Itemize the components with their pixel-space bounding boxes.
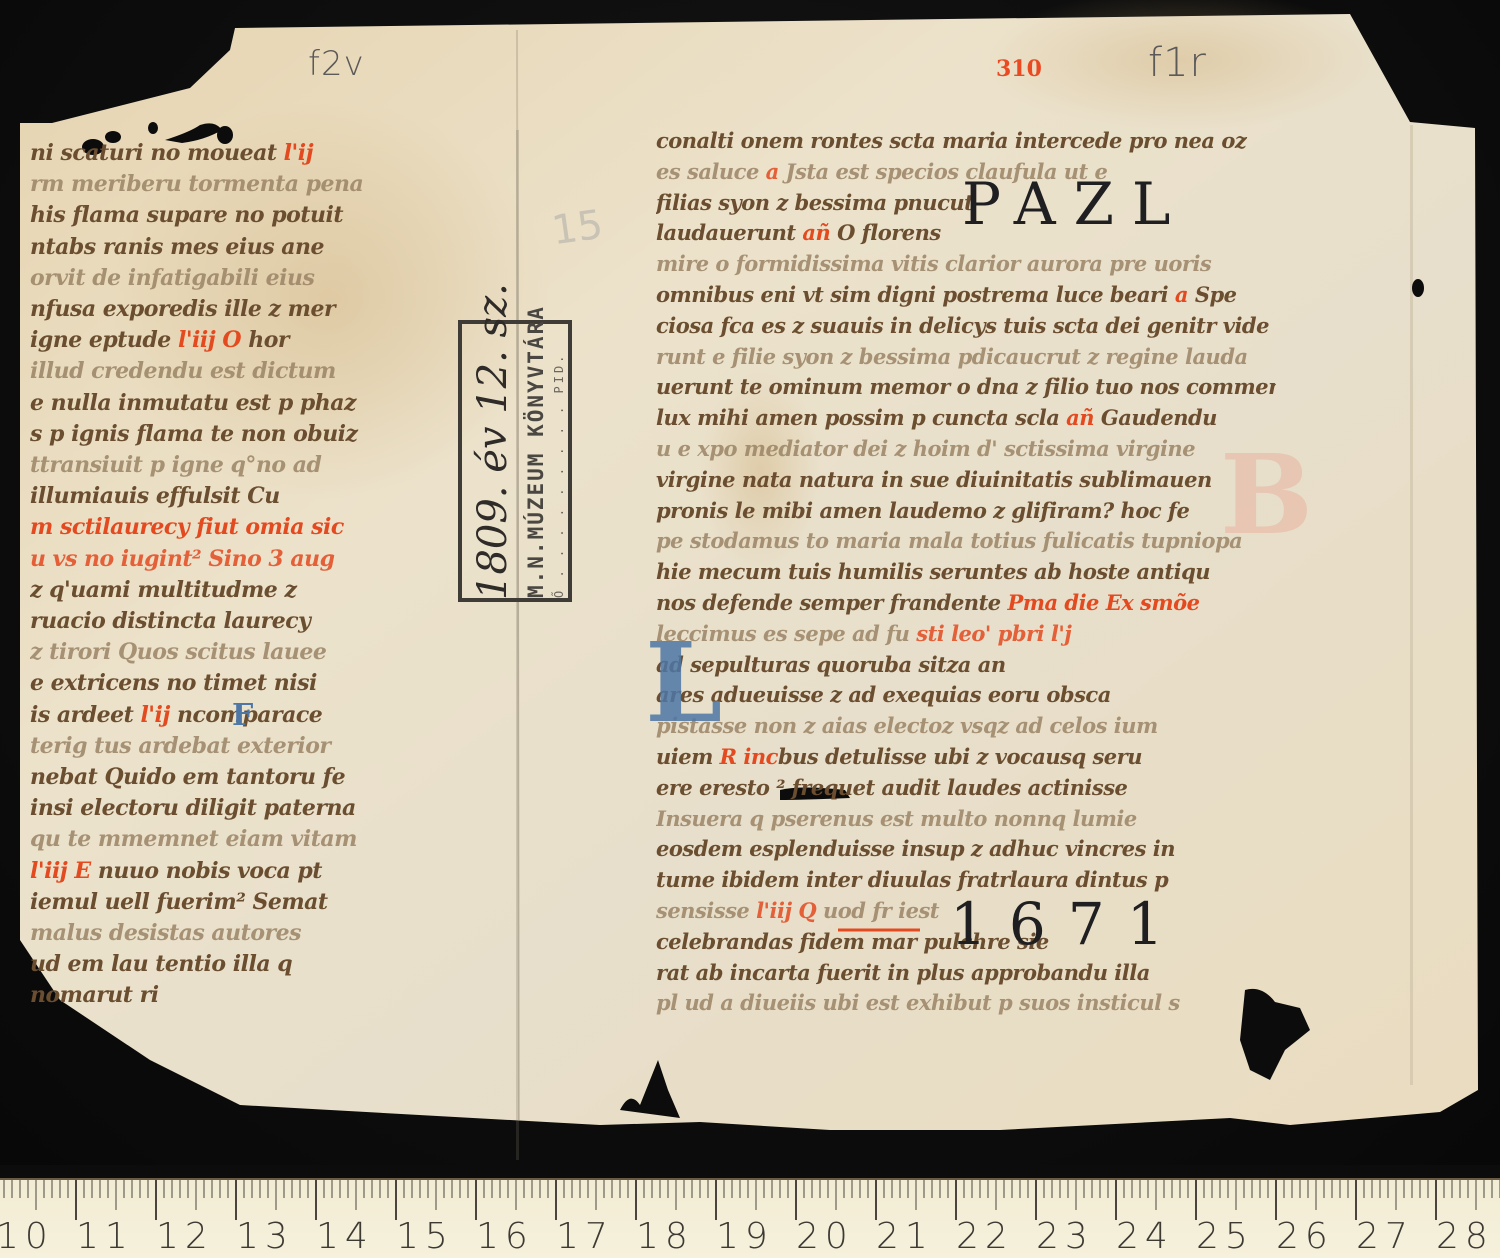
rubric-text: añ (802, 220, 830, 245)
line-text: malus desistas autores (30, 920, 301, 946)
manuscript-line: lux mihi amen possim p cuncta scla añ Ga… (656, 405, 1217, 430)
line-text: ares adueuisse z ad exequias eoru obsca (656, 682, 1111, 707)
manuscript-line: is ardeet l'ij ncomparace (30, 702, 322, 728)
line-text: nos defende semper frandente (656, 590, 1007, 615)
manuscript-line: ni scaturi no moueat l'ij (30, 140, 313, 166)
line-text: u e xpo mediator dei z hoim d' sctissima… (656, 436, 1195, 461)
line-text: ttransiuit p igne q°no ad (30, 452, 321, 478)
line-text: m sctilaurecy fiut omia sic (30, 514, 344, 540)
manuscript-line: illumiauis effulsit Cu (30, 483, 280, 509)
ruler-label: 27 (1356, 1216, 1414, 1257)
line-text: pe stodamus to maria mala totius fulicat… (656, 528, 1242, 553)
line-text: illumiauis effulsit Cu (30, 483, 280, 509)
line-text: ciosa fca es z suauis in delicys tuis sc… (656, 313, 1269, 338)
line-text: ni scaturi no moueat (30, 140, 284, 166)
manuscript-line: orvit de infatigabili eius (30, 265, 314, 291)
manuscript-line: illud credendu est dictum (30, 358, 336, 384)
ruler-label: 19 (716, 1216, 774, 1257)
ruler-label: 11 (76, 1216, 134, 1257)
line-text-tail: O florens (830, 220, 940, 245)
manuscript-line: filias syon z bessima pnucut (656, 190, 973, 215)
shelfmark-top: PAZL (962, 170, 1188, 238)
library-stamp: 1809. év 12. sz. M.N.MÚZEUM KÖNYVTÁRA Ő … (458, 320, 572, 602)
manuscript-line: ntabs ranis mes eius ane (30, 234, 324, 260)
faint-red-initial-margin: B (1220, 430, 1313, 559)
rubric-text: a (766, 159, 779, 184)
manuscript-line: igne eptude l'iij O hor (30, 327, 289, 353)
line-text: s p ignis flama te non obuiz (30, 421, 358, 447)
pencil-mark: 15 (549, 202, 606, 255)
manuscript-line: pl ud a diueiis ubi est exhibut p suos i… (656, 990, 1180, 1015)
stamp-printed-text: M.N.MÚZEUM KÖNYVTÁRA (524, 305, 548, 598)
line-text: nfusa exporedis ille z mer (30, 296, 335, 322)
line-text: tume ibidem inter diuulas fratrlaura din… (656, 867, 1168, 892)
ruler-label: 10 (0, 1216, 54, 1257)
manuscript-line: malus desistas autores (30, 920, 301, 946)
line-text: nomarut ri (30, 982, 159, 1008)
rubric-text: l'ij (140, 702, 169, 728)
line-text-tail: nuuo nobis voca pt (91, 858, 322, 884)
line-text: insi electoru diligit paterna (30, 795, 356, 821)
ruler-label: 26 (1276, 1216, 1334, 1257)
ruler-label: 12 (156, 1216, 214, 1257)
manuscript-line: ciosa fca es z suauis in delicys tuis sc… (656, 313, 1269, 338)
manuscript-line: pistasse non z aias electoz vsqz ad celo… (656, 713, 1158, 738)
line-text: is ardeet (30, 702, 140, 728)
blue-initial-right: L (645, 618, 722, 747)
ruler-label: 23 (1036, 1216, 1094, 1257)
manuscript-line: nebat Quido em tantoru fe (30, 764, 345, 790)
line-text: ud em lau tentio illa q (30, 951, 292, 977)
manuscript-line: ares adueuisse z ad exequias eoru obsca (656, 682, 1111, 707)
manuscript-line: z q'uami multitudme z (30, 577, 296, 603)
rubric-text: a (1175, 282, 1188, 307)
ruler-label: 24 (1116, 1216, 1174, 1257)
manuscript-line: his flama supare no potuit (30, 202, 343, 228)
manuscript-line: insi electoru diligit paterna (30, 795, 356, 821)
line-text-tail: Spe (1188, 282, 1237, 307)
manuscript-line: laudauerunt añ O florens (656, 220, 941, 245)
line-text: virgine nata natura in sue diuinitatis s… (656, 467, 1212, 492)
line-text: e extricens no timet nisi (30, 670, 317, 696)
line-text: pl ud a diueiis ubi est exhibut p suos i… (656, 990, 1180, 1015)
line-text: terig tus ardebat exterior (30, 733, 331, 759)
line-text: rm meriberu tormenta pena (30, 171, 363, 197)
line-text: laudauerunt (656, 220, 802, 245)
ruler-label: 14 (316, 1216, 374, 1257)
line-text: ere eresto ² frequet audit laudes actini… (656, 775, 1127, 800)
line-text: z tirori Quos scitus lauee (30, 639, 326, 665)
line-text: ntabs ranis mes eius ane (30, 234, 324, 260)
line-text: u vs no iugint² Sino 3 aug (30, 546, 335, 572)
ruler-label: 20 (796, 1216, 854, 1257)
rubric-text: R inc (720, 744, 778, 769)
manuscript-line: conalti onem rontes scta maria intercede… (656, 128, 1246, 153)
manuscript-line: ere eresto ² frequet audit laudes actini… (656, 775, 1127, 800)
line-text: lux mihi amen possim p cuncta scla (656, 405, 1066, 430)
line-text: ruacio distincta laurecy (30, 608, 310, 634)
ruler-label: 17 (556, 1216, 614, 1257)
manuscript-line: rat ab incarta fuerit in plus approbandu… (656, 960, 1150, 985)
line-text: runt e filie syon z bessima pdicaucrut z… (656, 344, 1248, 369)
manuscript-line: nfusa exporedis ille z mer (30, 296, 335, 322)
manuscript-line: pronis le mibi amen laudemo z glifiram? … (656, 498, 1189, 523)
ruler-label: 22 (956, 1216, 1014, 1257)
line-text: es saluce (656, 159, 766, 184)
manuscript-line: ud em lau tentio illa q (30, 951, 292, 977)
ruler-label: 16 (476, 1216, 534, 1257)
line-text: orvit de infatigabili eius (30, 265, 314, 291)
line-text: mire o formidissima vitis clarior aurora… (656, 251, 1211, 276)
line-text: nebat Quido em tantoru fe (30, 764, 345, 790)
manuscript-line: Insuera q pserenus est multo nonnq lumie (656, 806, 1137, 831)
manuscript-line: terig tus ardebat exterior (30, 733, 331, 759)
manuscript-line: s p ignis flama te non obuiz (30, 421, 358, 447)
line-text: pronis le mibi amen laudemo z glifiram? … (656, 498, 1189, 523)
ruler-label: 13 (236, 1216, 294, 1257)
folio-mark-right: f1r (1148, 40, 1207, 86)
manuscript-line: nos defende semper frandente Pma die Ex … (656, 590, 1199, 615)
manuscript-line: sensisse l'iij Q uod fr iest (656, 898, 939, 923)
stamp-subtext: Ő . . . . . . . . . PID. (552, 353, 566, 598)
line-text: e nulla inmutatu est p phaz (30, 390, 356, 416)
manuscript-line: rm meriberu tormenta pena (30, 171, 363, 197)
line-text: filias syon z bessima pnucut (656, 190, 973, 215)
rubric-text: l'iij Q (756, 898, 816, 923)
ruler-label: 21 (876, 1216, 934, 1257)
manuscript-line: tume ibidem inter diuulas fratrlaura din… (656, 867, 1168, 892)
line-text: uiem (656, 744, 720, 769)
line-text: hie mecum tuis humilis seruntes ab hoste… (656, 559, 1210, 584)
line-text: qu te mmemnet eiam vitam (30, 826, 357, 852)
rubric-text: l'iij O (178, 327, 241, 353)
manuscript-line: runt e filie syon z bessima pdicaucrut z… (656, 344, 1248, 369)
manuscript-line: mire o formidissima vitis clarior aurora… (656, 251, 1211, 276)
shelfmark-bottom: 1671 (950, 890, 1186, 958)
rubric-text: añ (1066, 405, 1094, 430)
manuscript-line: qu te mmemnet eiam vitam (30, 826, 357, 852)
manuscript-line: e extricens no timet nisi (30, 670, 317, 696)
manuscript-line: m sctilaurecy fiut omia sic (30, 514, 344, 540)
rubric-text: l'ij (284, 140, 313, 166)
line-text: his flama supare no potuit (30, 202, 343, 228)
line-text: pistasse non z aias electoz vsqz ad celo… (656, 713, 1158, 738)
rubric-text: l'iij E (30, 858, 91, 884)
manuscript-line: u e xpo mediator dei z hoim d' sctissima… (656, 436, 1195, 461)
manuscript-line: ttransiuit p igne q°no ad (30, 452, 321, 478)
line-text-tail: Gaudendu (1094, 405, 1217, 430)
rubric-text: sti leo' pbri l'j (916, 621, 1071, 646)
line-text: rat ab incarta fuerit in plus approbandu… (656, 960, 1150, 985)
line-text: uerunt te ominum memor o dna z filio tuo… (656, 374, 1276, 399)
manuscript-line: pe stodamus to maria mala totius fulicat… (656, 528, 1242, 553)
ruler-label: 15 (396, 1216, 454, 1257)
line-text-tail: uod fr iest (816, 898, 939, 923)
manuscript-line: eosdem esplenduisse insup z adhuc vincre… (656, 836, 1175, 861)
red-folio-number: 310 (996, 56, 1042, 82)
manuscript-line: omnibus eni vt sim digni postrema luce b… (656, 282, 1237, 307)
manuscript-line: uiem R incbus detulisse ubi z vocausq se… (656, 744, 1142, 769)
ruler-label: 18 (636, 1216, 694, 1257)
line-text: omnibus eni vt sim digni postrema luce b… (656, 282, 1175, 307)
manuscript-line: nomarut ri (30, 982, 159, 1008)
line-text: Insuera q pserenus est multo nonnq lumie (656, 806, 1137, 831)
manuscript-line: hie mecum tuis humilis seruntes ab hoste… (656, 559, 1210, 584)
blue-initial-left: F (232, 698, 253, 733)
line-text: sensisse (656, 898, 756, 923)
line-text: eosdem esplenduisse insup z adhuc vincre… (656, 836, 1175, 861)
left-text-column: ni scaturi no moueat l'ijrm meriberu tor… (30, 140, 430, 1020)
manuscript-line: z tirori Quos scitus lauee (30, 639, 326, 665)
line-text: illud credendu est dictum (30, 358, 336, 384)
line-text: z q'uami multitudme z (30, 577, 296, 603)
folio-mark-left: f2v (308, 44, 365, 84)
line-text-tail: hor (241, 327, 289, 353)
manuscript-line: u vs no iugint² Sino 3 aug (30, 546, 335, 572)
manuscript-line: iemul uell fuerim² Semat (30, 889, 328, 915)
line-text: igne eptude (30, 327, 178, 353)
line-text-tail: bus detulisse ubi z vocausq seru (778, 744, 1142, 769)
ruler-label: 25 (1196, 1216, 1254, 1257)
manuscript-line: l'iij E nuuo nobis voca pt (30, 858, 322, 884)
scale-ruler: 101112131415161718192021222324252627282 (0, 1178, 1500, 1258)
fold-gutter (516, 130, 519, 1160)
manuscript-line: uerunt te ominum memor o dna z filio tuo… (656, 374, 1276, 399)
stamp-handwritten-number: 1809. év 12. sz. (470, 283, 516, 600)
line-text: iemul uell fuerim² Semat (30, 889, 328, 915)
line-text: conalti onem rontes scta maria intercede… (656, 128, 1246, 153)
ruler-label: 28 (1436, 1216, 1494, 1257)
manuscript-line: virgine nata natura in sue diuinitatis s… (656, 467, 1212, 492)
manuscript-line: ruacio distincta laurecy (30, 608, 310, 634)
rubric-text: Pma die Ex smõe (1007, 590, 1199, 615)
manuscript-line: e nulla inmutatu est p phaz (30, 390, 356, 416)
